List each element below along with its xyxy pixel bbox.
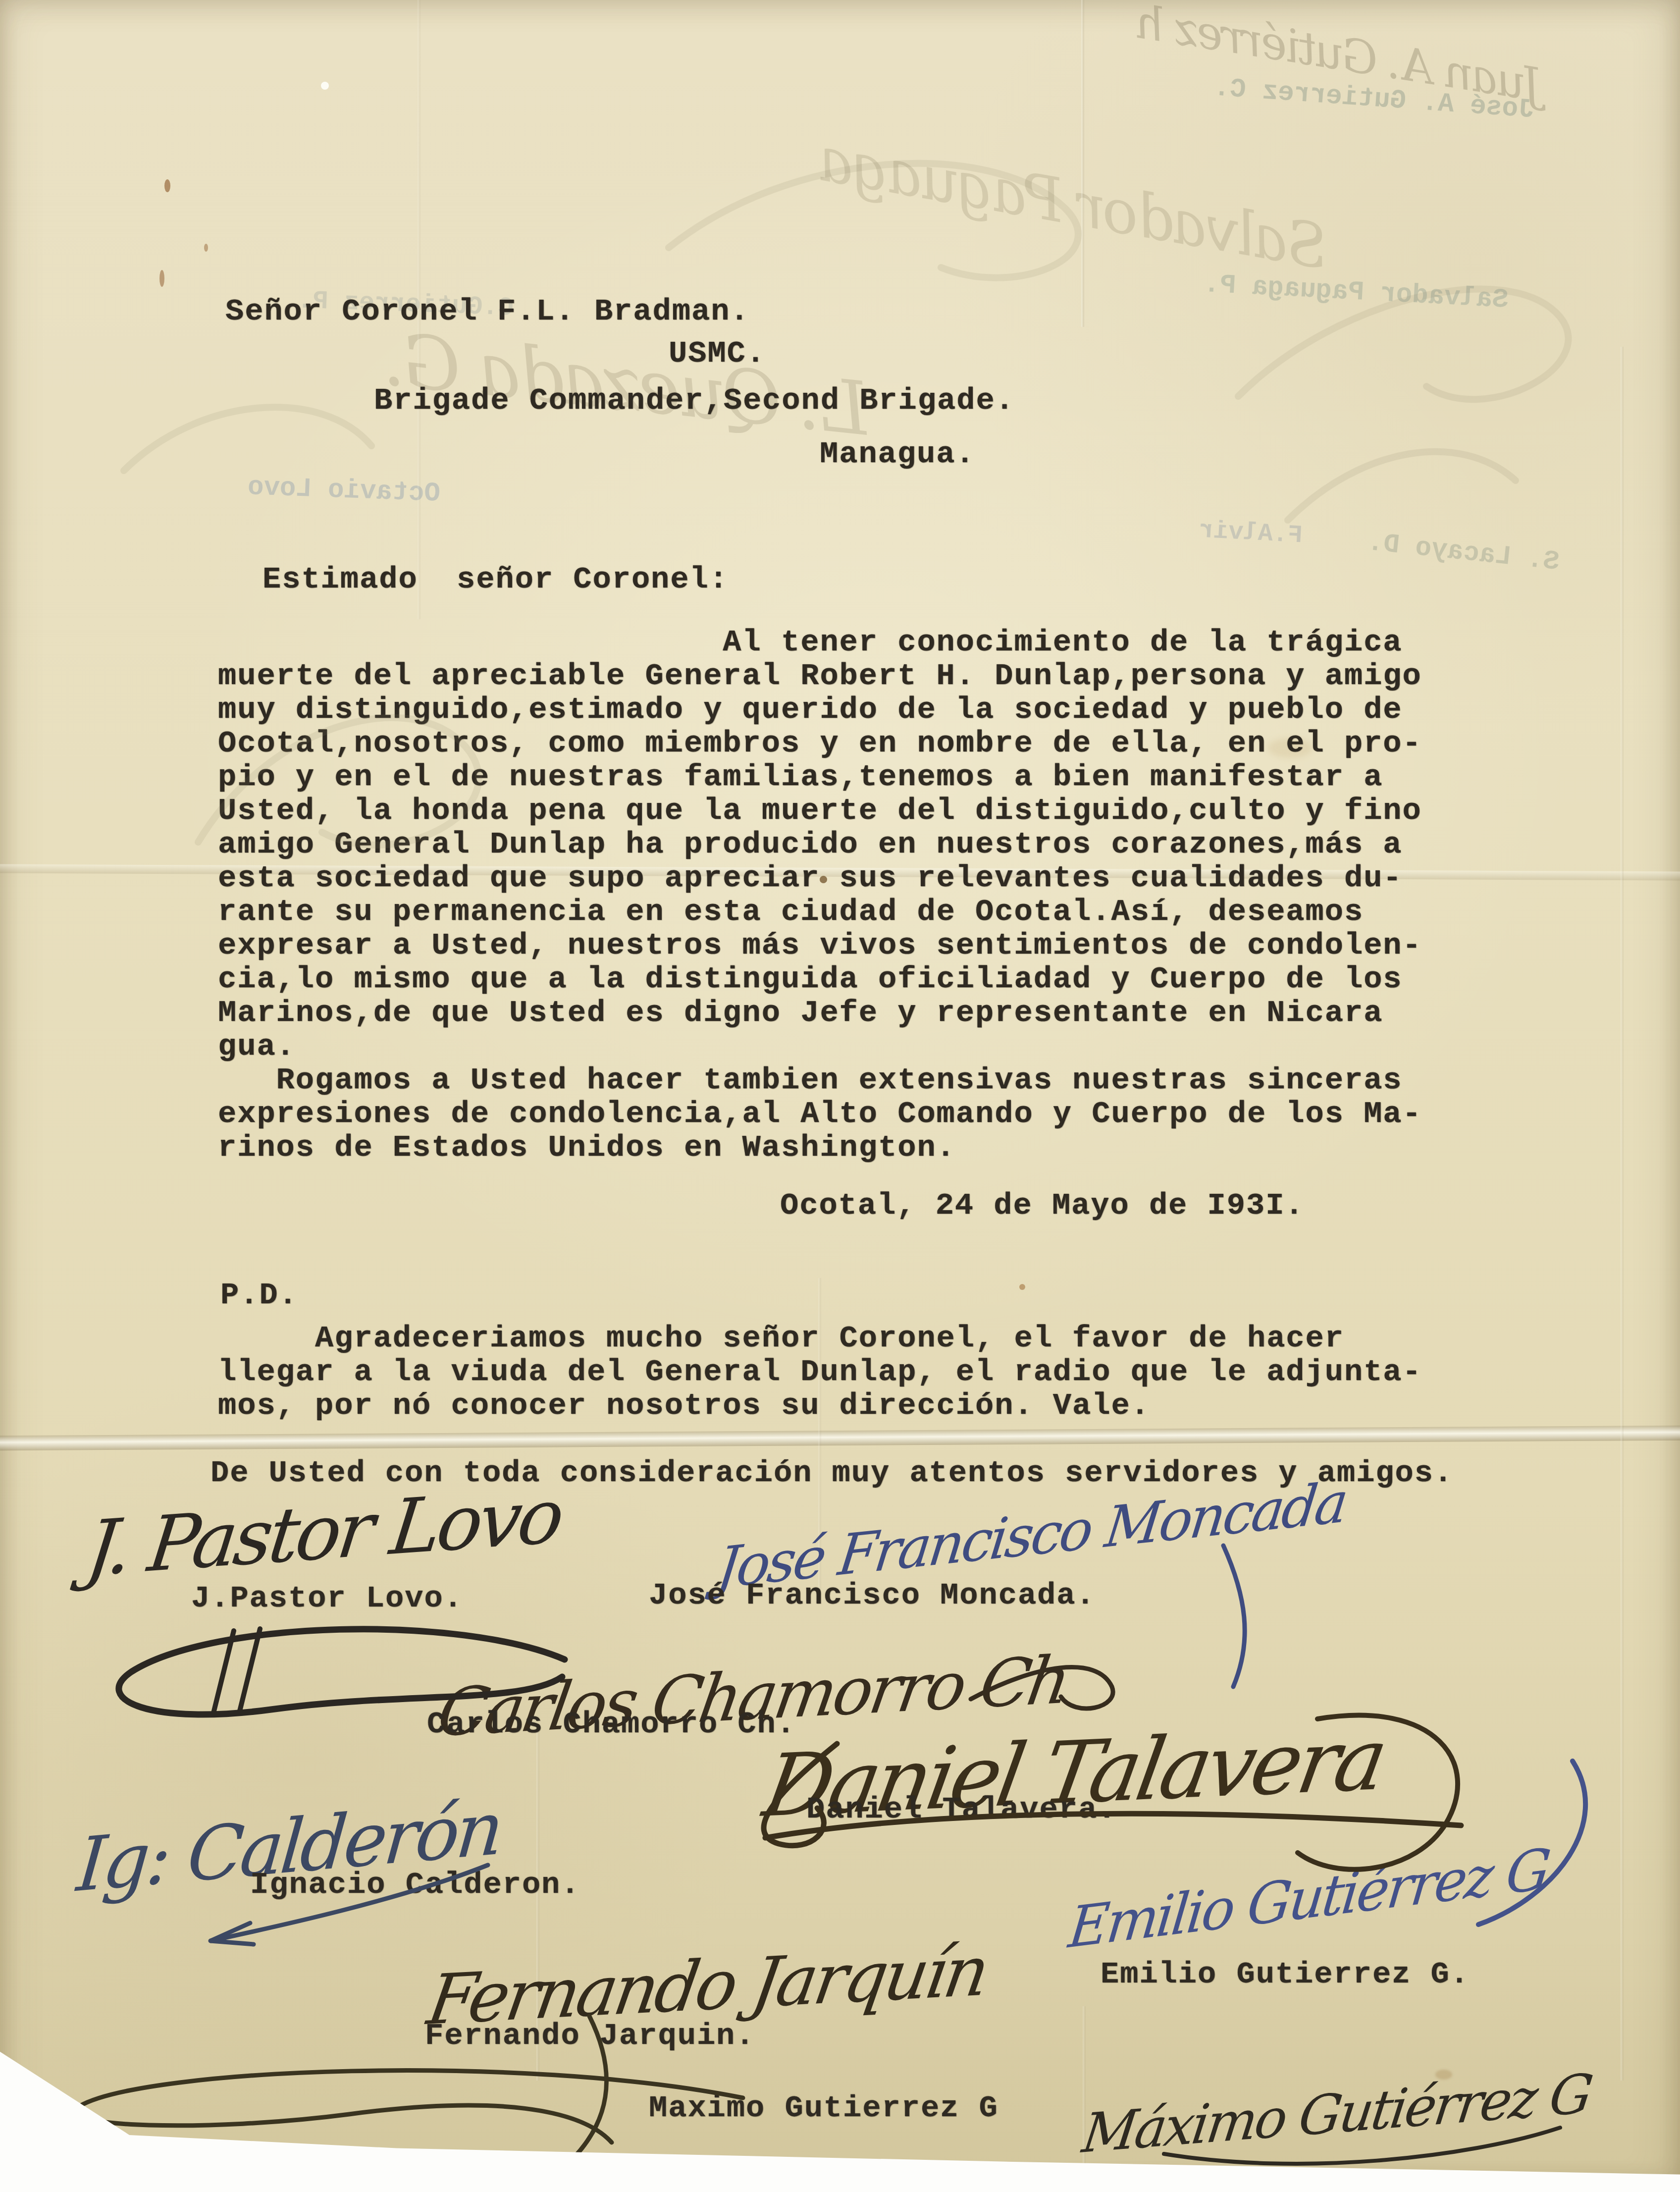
body-line: rinos de Estados Unidos en Washington.	[218, 1131, 956, 1165]
signature-typed-moncada: José Francisco Moncada.	[649, 1579, 1096, 1612]
closing-line: De Usted con toda consideración muy aten…	[210, 1456, 1453, 1490]
signature-typed-calderon: Ignacio Calderon.	[250, 1868, 580, 1902]
body-line: expresar a Usted, nuestros más vivos sen…	[218, 929, 1422, 962]
chamorro-loop	[971, 1667, 1113, 1708]
fold-crease-vertical	[1081, 0, 1084, 327]
body-line: esta sociedad que supo apreciar sus rele…	[218, 861, 1403, 895]
body-line: Usted, la honda pena que la muerte del d…	[218, 794, 1422, 828]
body-line: amigo General Dunlap ha producido en nue…	[218, 828, 1403, 861]
signature-typed-talavera: Daniel Talavera.	[806, 1793, 1117, 1826]
date-line: Ocotal, 24 de Mayo de I93I.	[780, 1189, 1305, 1223]
body-line: muerte del apreciable General Robert H. …	[218, 659, 1422, 693]
bleedthrough-text: S. Lacayo D.	[1366, 528, 1561, 578]
signature-script-maximo-gutierrez: Máximo Gutiérrez G	[1079, 2063, 1594, 2165]
signature-script-emilio-gutierrez: Emilio Gutiérrez G	[1066, 1836, 1552, 1961]
paper-sheet: Juan A. Gutiérrez h José A. Gutierrez C.…	[0, 0, 1680, 2192]
stain	[1435, 2070, 1452, 2080]
bleedthrough-text: Salvador Paguaga	[815, 124, 1333, 283]
salutation: Estimado señor Coronel:	[262, 563, 729, 596]
body-line: expresiones de condolencia,al Alto Coman…	[218, 1097, 1422, 1131]
body-line: muy distinguido,estimado y querido de la…	[218, 693, 1403, 727]
moncada-descender	[1223, 1546, 1245, 1687]
stain	[159, 270, 164, 287]
pastor-lovo-paraph	[119, 1629, 565, 1715]
fold-crease-vertical	[1083, 2006, 1086, 2175]
scanned-letter-page: { "letter": { "recipient": [ "Señor Coro…	[0, 0, 1680, 2192]
body-line: rante su permanencia en esta ciudad de O…	[218, 895, 1364, 929]
body-line: gua.	[218, 1030, 296, 1064]
bleedthrough-text: Octavio Lovo	[247, 472, 441, 509]
signature-typed-chamorro: Carlos Chamorro Ch.	[427, 1708, 796, 1741]
maximo-underline	[1164, 2128, 1560, 2164]
body-line: Rogamos a Usted hacer tambien extensivas…	[218, 1064, 1403, 1097]
signature-typed-emilio-gutierrez: Emilio Gutierrez G.	[1101, 1958, 1470, 1991]
recipient-line: USMC.	[669, 337, 766, 371]
recipient-line: Managua.	[820, 437, 975, 471]
recipient-line: Señor Coronel F.L. Bradman.	[225, 295, 750, 328]
bleedthrough-text: Juan A. Gutiérrez h	[1133, 0, 1546, 112]
recipient-line: Brigade Commander,Second Brigade.	[374, 384, 1015, 418]
emilio-lead-stroke	[1478, 1761, 1585, 1925]
body-line: Marinos,de que Usted es digno Jefe y rep…	[218, 996, 1383, 1030]
signature-typed-maximo-gutierrez: Maximo Gutierrez G	[649, 2091, 998, 2125]
bleedthrough-text: F.Alvir	[1198, 517, 1304, 550]
bleedthrough-text: José A. Gutierrez C.	[1213, 73, 1535, 125]
paper-nick	[321, 82, 329, 90]
body-line: pio y en el de nuestras familias,tenemos…	[218, 760, 1383, 794]
postscript-line: mos, por nó conocer nosotros su direcció…	[218, 1389, 1150, 1423]
bleedthrough-text: Salvador Paguaga P.	[1203, 269, 1509, 316]
fold-crease-horizontal	[0, 1426, 1680, 1451]
signature-typed-pastor-lovo: J.Pastor Lovo.	[191, 1582, 463, 1615]
stain	[1019, 1284, 1025, 1290]
postscript-line: llegar a la viuda del General Dunlap, el…	[218, 1355, 1422, 1389]
signature-typed-jarquin: Fernando Jarquin.	[425, 2019, 755, 2053]
body-line: cia,lo mismo que a la distinguida oficil…	[218, 962, 1403, 996]
body-line: Al tener conocimiento de la trágica	[218, 626, 1403, 659]
body-line: Ocotal,nosotros, como miembros y en nomb…	[218, 727, 1422, 760]
stain	[164, 179, 170, 192]
postscript-line: Agradeceriamos mucho señor Coronel, el f…	[218, 1322, 1344, 1355]
stain	[204, 244, 208, 252]
postscript-label: P.D.	[220, 1279, 298, 1312]
fold-crease-vertical	[1621, 347, 1624, 2081]
